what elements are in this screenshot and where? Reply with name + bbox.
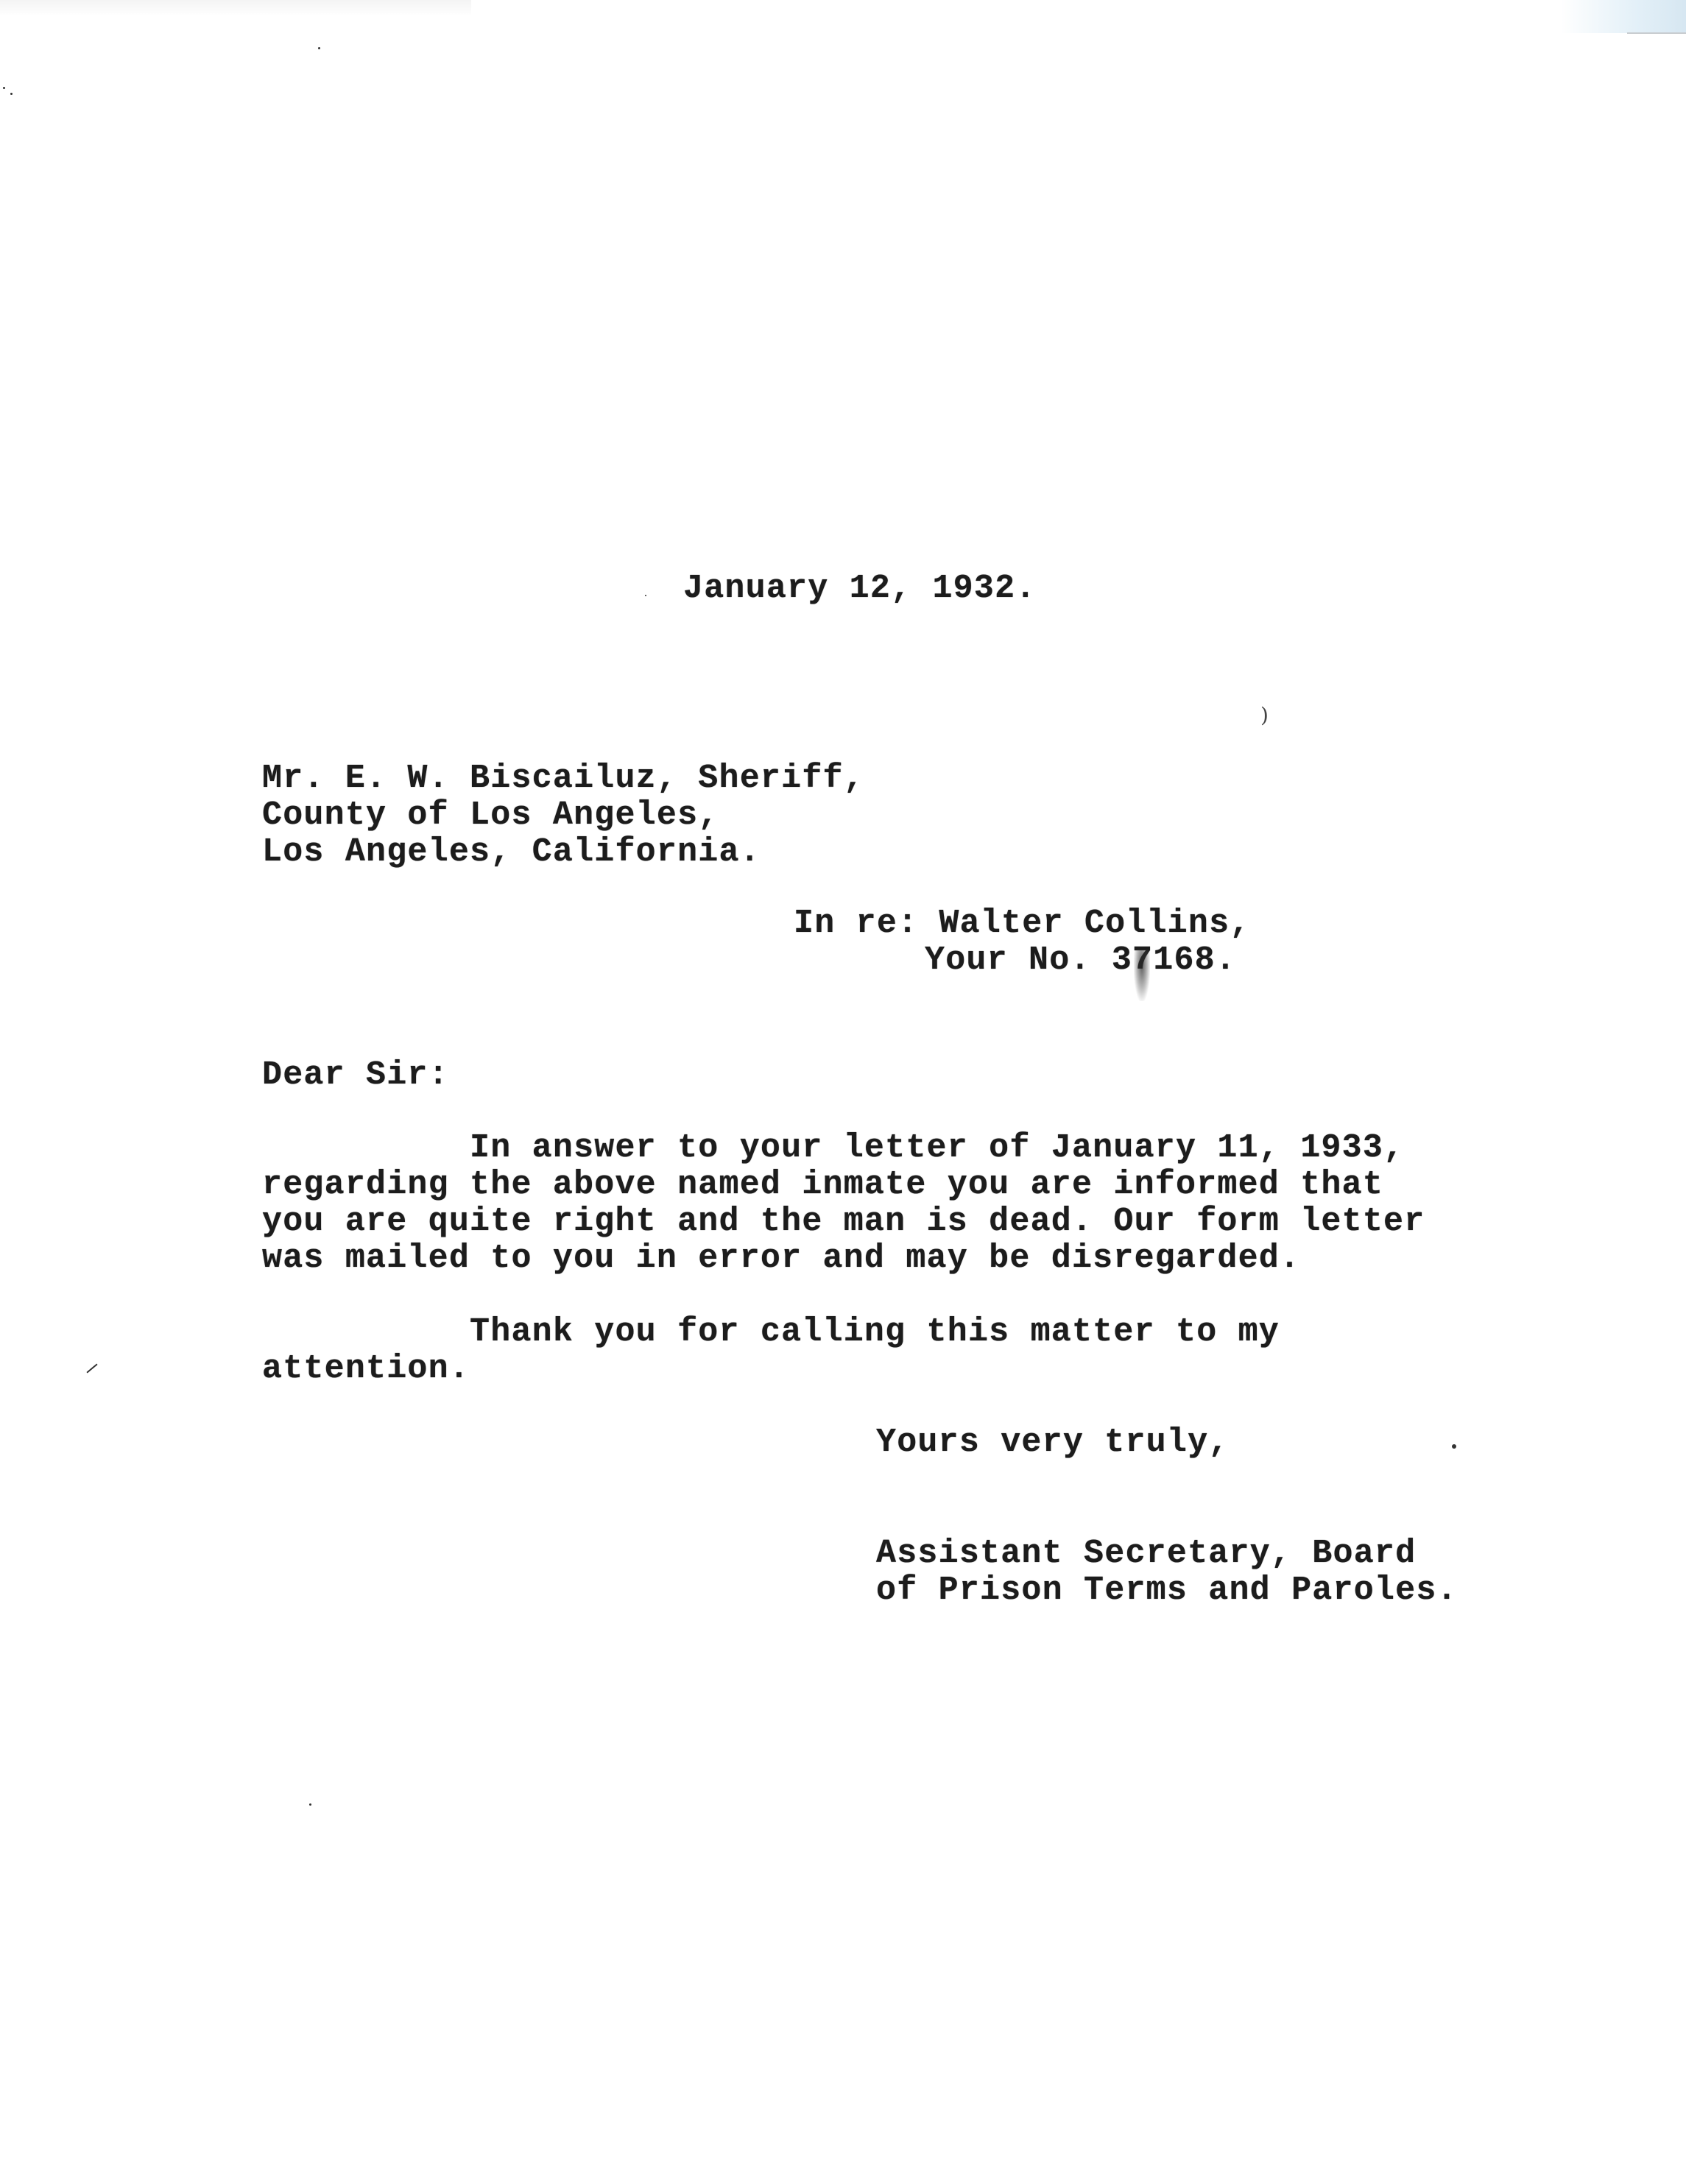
paper-speck <box>318 47 320 49</box>
pen-mark <box>86 1363 97 1373</box>
paper-speck <box>309 1803 311 1806</box>
body-line: Thank you for calling this matter to my <box>262 1314 1280 1351</box>
ink-smudge <box>1134 950 1150 1001</box>
letter-page: ) January 12, 1932. Mr. E. W. Biscailuz,… <box>0 0 1686 2184</box>
body-line: regarding the above named inmate you are… <box>262 1167 1383 1204</box>
paper-speck <box>3 87 5 89</box>
scan-edge-artifact <box>0 0 471 16</box>
salutation: Dear Sir: <box>262 1057 449 1094</box>
pen-mark: ) <box>1260 703 1269 727</box>
paper-speck <box>10 93 13 95</box>
recipient-line: Los Angeles, California. <box>262 834 761 871</box>
closing: Yours very truly, <box>876 1424 1229 1461</box>
body-line: you are quite right and the man is dead.… <box>262 1204 1425 1240</box>
recipient-line: Mr. E. W. Biscailuz, Sheriff, <box>262 760 864 797</box>
body-line: In answer to your letter of January 11, … <box>262 1130 1404 1167</box>
signature-line: of Prison Terms and Paroles. <box>876 1572 1458 1609</box>
reference-line: Your No. 37168. <box>925 942 1236 979</box>
recipient-line: County of Los Angeles, <box>262 797 719 834</box>
letter-date: January 12, 1932. <box>683 570 1036 607</box>
paper-speck <box>1452 1444 1456 1449</box>
body-line: attention. <box>262 1351 470 1388</box>
signature-line: Assistant Secretary, Board <box>876 1535 1416 1572</box>
body-line: was mailed to you in error and may be di… <box>262 1240 1300 1277</box>
reference-line: In re: Walter Collins, <box>794 905 1251 942</box>
scan-corner-tint <box>1561 0 1686 33</box>
scan-corner-line <box>1627 32 1686 34</box>
paper-speck <box>645 595 646 596</box>
